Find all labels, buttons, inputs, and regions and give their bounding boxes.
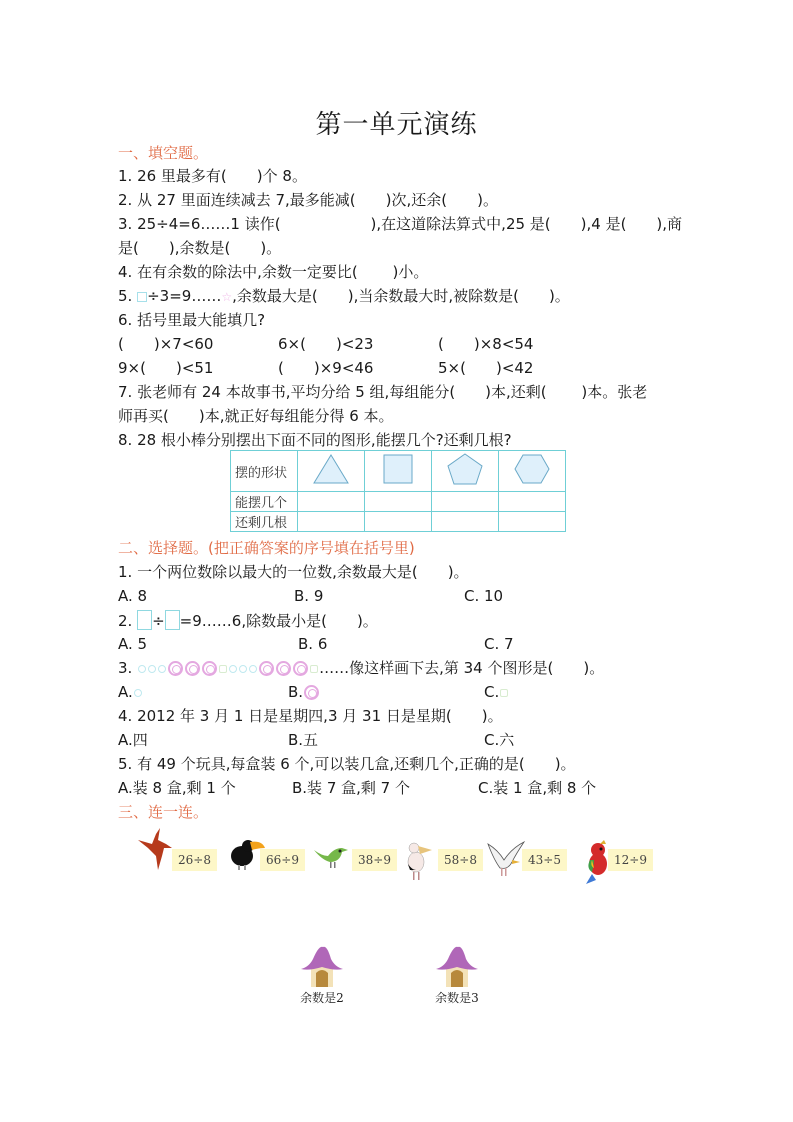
house-label: 余数是3 [427,989,487,1006]
blue-circle-icon [249,665,257,673]
question-1-3-line2: 是( ),余数是( )。 [118,238,281,258]
hexagon-icon [499,451,566,492]
q6-item: ( )×7<60 [118,334,213,354]
house-label: 余数是2 [292,989,352,1006]
option-a[interactable]: A. [118,682,143,702]
question-1-8: 8. 28 根小棒分别摆出下面不同的图形,能摆几个?还剩几根? [118,430,512,450]
section-heading-fill-blank: 一、填空题。 [118,143,208,163]
question-1-5: 5. ÷3=9……☆,余数最大是( ),当余数最大时,被除数是( )。 [118,286,570,307]
q6-item: 5×( )<42 [438,358,533,378]
expression-card[interactable]: 58÷8 [438,849,483,871]
answer-cell[interactable] [298,512,365,532]
green-square-icon [310,665,318,673]
question-1-1: 1. 26 里最多有( )个 8。 [118,166,307,186]
pink-double-circle-icon [202,661,217,676]
green-square-icon [219,665,227,673]
option-b[interactable]: B. 6 [298,634,327,654]
question-2-2: 2. ÷=9……6,除数最小是( )。 [118,610,378,631]
pentagon-icon [432,451,499,492]
answer-cell[interactable] [365,512,432,532]
blue-circle-icon [239,665,247,673]
shape-pattern [137,659,319,677]
pink-double-circle-icon [185,661,200,676]
expression-card[interactable]: 38÷9 [352,849,397,871]
q3-prefix: 3. [118,659,137,677]
blue-circle-icon [229,665,237,673]
seagull-icon [486,840,526,878]
row-header-count: 能摆几个 [231,492,298,512]
option-a-label: A. [118,683,133,701]
star-placeholder-icon: ☆ [221,290,232,304]
blue-circle-icon [134,689,142,697]
dividend-box-icon [137,610,152,630]
q2-div: ÷ [152,612,165,630]
answer-cell[interactable] [298,492,365,512]
option-c[interactable]: C. [484,682,509,702]
option-c[interactable]: C.装 1 盒,剩 8 个 [478,778,596,798]
option-c[interactable]: C. 7 [484,634,514,654]
option-a[interactable]: A.装 8 盒,剩 1 个 [118,778,236,798]
question-1-7-line1: 7. 张老师有 24 本故事书,平均分给 5 组,每组能分( )本,还剩( )本… [118,382,647,402]
page-title: 第一单元演练 [0,104,793,141]
option-b-label: B. [288,683,303,701]
question-2-3: 3. ……像这样画下去,第 34 个图形是( )。 [118,658,604,678]
option-c[interactable]: C.六 [484,730,514,750]
answer-cell[interactable] [499,492,566,512]
option-b[interactable]: B. 9 [294,586,323,606]
question-2-1: 1. 一个两位数除以最大的一位数,余数最大是( )。 [118,562,469,582]
option-b[interactable]: B.五 [288,730,318,750]
square-icon [365,451,432,492]
section-heading-choice: 二、选择题。(把正确答案的序号填在括号里) [118,538,415,558]
expression-card[interactable]: 66÷9 [260,849,305,871]
pink-double-circle-icon [304,685,319,700]
red-bird-icon [136,826,176,872]
question-2-5: 5. 有 49 个玩具,每盒装 6 个,可以装几盒,还剩几个,正确的是( )。 [118,754,576,774]
question-1-4: 4. 在有余数的除法中,余数一定要比( )小。 [118,262,428,282]
divisor-box-icon [165,610,180,630]
blue-circle-icon [158,665,166,673]
q5-mid: ÷3=9…… [147,287,221,305]
pink-double-circle-icon [259,661,274,676]
option-c[interactable]: C. 10 [464,586,503,606]
expression-card[interactable]: 43÷5 [522,849,567,871]
answer-cell[interactable] [499,512,566,532]
answer-cell[interactable] [365,492,432,512]
option-b[interactable]: B. [288,682,320,702]
green-square-icon [500,689,508,697]
option-a[interactable]: A. 5 [118,634,147,654]
q6-item: 9×( )<51 [118,358,213,378]
shapes-table: 摆的形状 能摆几个 还剩几根 [230,450,566,532]
blue-circle-icon [148,665,156,673]
question-2-4: 4. 2012 年 3 月 1 日是星期四,3 月 31 日是星期( )。 [118,706,503,726]
question-1-3-line1: 3. 25÷4=6……1 读作( ),在这道除法算式中,25 是( ),4 是(… [118,214,682,234]
square-placeholder-icon [137,292,147,302]
question-1-7-line2: 师再买( )本,就正好每组能分得 6 本。 [118,406,394,426]
house-remainder-3[interactable]: 余数是3 [427,945,487,1006]
q2-prefix: 2. [118,612,137,630]
row-header-remaining: 还剩几根 [231,512,298,532]
option-a[interactable]: A.四 [118,730,148,750]
q2-suffix: =9……6,除数最小是( )。 [180,612,378,630]
pink-double-circle-icon [168,661,183,676]
pelican-icon [402,840,434,882]
answer-cell[interactable] [432,512,499,532]
expression-card[interactable]: 12÷9 [608,849,653,871]
q6-item: ( )×9<46 [278,358,373,378]
option-c-label: C. [484,683,499,701]
q6-item: ( )×8<54 [438,334,533,354]
answer-cell[interactable] [432,492,499,512]
house-remainder-2[interactable]: 余数是2 [292,945,352,1006]
q6-item: 6×( )<23 [278,334,373,354]
q5-suffix: ,余数最大是( ),当余数最大时,被除数是( )。 [232,287,570,305]
house-icon [434,945,480,987]
blue-circle-icon [138,665,146,673]
row-header-shape: 摆的形状 [231,451,298,492]
pink-double-circle-icon [276,661,291,676]
green-bird-icon [312,842,352,870]
pink-double-circle-icon [293,661,308,676]
question-1-6: 6. 括号里最大能填几? [118,310,265,330]
house-icon [299,945,345,987]
section-heading-match: 三、连一连。 [118,802,208,822]
q5-prefix: 5. [118,287,137,305]
question-1-2: 2. 从 27 里面连续减去 7,最多能减( )次,还余( )。 [118,190,498,210]
triangle-icon [298,451,365,492]
option-b[interactable]: B.装 7 盒,剩 7 个 [292,778,410,798]
q3-suffix: ……像这样画下去,第 34 个图形是( )。 [319,659,604,677]
option-a[interactable]: A. 8 [118,586,147,606]
expression-card[interactable]: 26÷8 [172,849,217,871]
